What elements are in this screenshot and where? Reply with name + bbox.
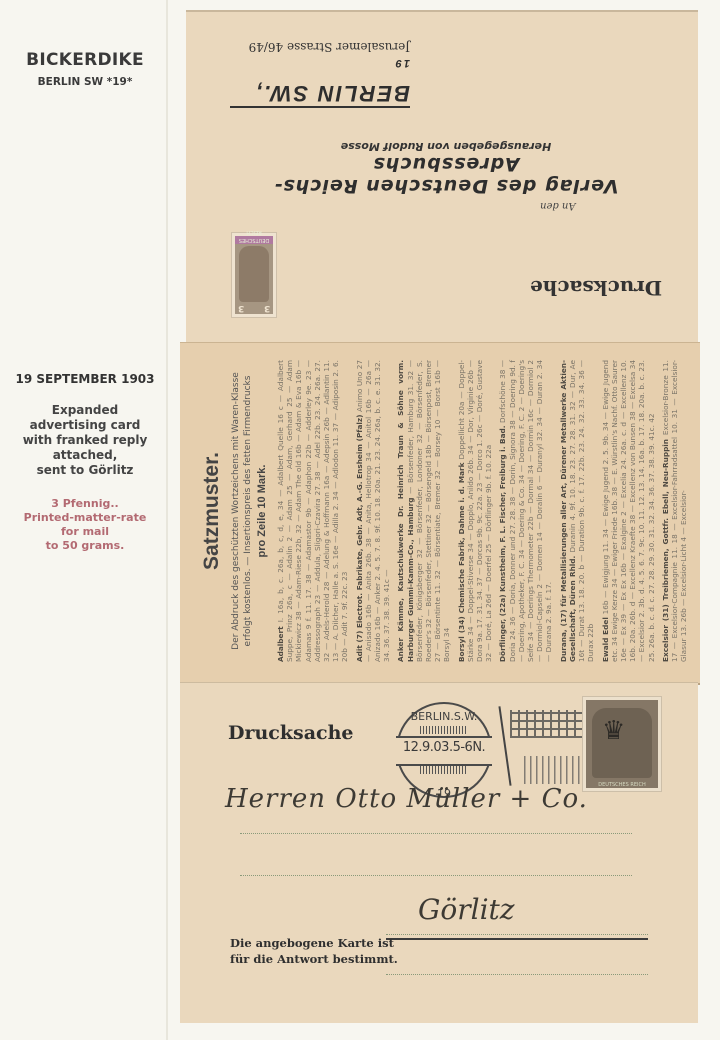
an-den-label: An den (540, 200, 576, 211)
postmark-hatch (420, 726, 468, 734)
satzmuster-entry: Adalbert I. 16a, b, c. 26a, b, c, d, e, … (276, 352, 350, 670)
satzmuster-entry: Anker Kämme, Kautschukwerke Dr. Heinrich… (396, 352, 451, 670)
reply-note-line: Die angebogene Karte ist (230, 935, 398, 951)
rate-line: to 50 grams. (0, 539, 170, 553)
album-sheet-edge (166, 0, 168, 1040)
description-line: Expanded (0, 403, 170, 418)
postage-stamp: ♛ DEUTSCHES REICH (583, 697, 661, 791)
city-handwritten: Görlitz (418, 893, 515, 926)
satzmuster-price: pro Zeile 10 Mark. (256, 352, 268, 670)
description-line: sent to Görlitz (0, 463, 170, 478)
return-address: BERLIN SW., 19 Jerusalemer Strasse 46/49 (230, 40, 410, 110)
entry-heading: Adit (7) Electrot. Fabrikate, Gebr. Adt,… (355, 412, 364, 662)
return-city-text: BERLIN SW., (254, 81, 410, 106)
address-line (240, 875, 632, 876)
reply-note: Die angebogene Karte ist für die Antwort… (230, 935, 398, 967)
publisher-name: Verlag des Deutschen Reichs-Adressbuchs (236, 153, 656, 197)
description-line: with franked reply (0, 433, 170, 448)
stamp-value: 3 (238, 303, 244, 313)
entry-heading: Excelsior (31) Treibriemen, Gottfr. Ebel… (661, 435, 670, 662)
return-city: BERLIN SW., 19 (230, 54, 410, 108)
description-line: attached, (0, 448, 170, 463)
stamp-value: 3 (264, 303, 270, 313)
postmark-date: 12.9.03.5-6N. (398, 740, 490, 755)
return-street: Jerusalemer Strasse 46/49 (230, 40, 410, 54)
reply-note-line: für die Antwort bestimmt. (230, 951, 398, 967)
postal-rate-note: 3 Pfennig.. Printed-matter-rate for mail… (0, 497, 170, 553)
postmark-city: BERLIN.S.W. (398, 710, 490, 723)
address-line (386, 934, 648, 935)
satzmuster-intro: Der Abdruck des geschützten Wortzeichens… (230, 352, 254, 670)
germania-icon (239, 246, 269, 302)
stamp-label: DEUTSCHES REICH (586, 782, 658, 788)
satzmuster-entry: Ewald Edel 16b — Ewigjung 11. 34 — Ewige… (601, 352, 656, 670)
rate-line: Printed-matter-rate (0, 511, 170, 525)
entry-text: 16b — Ewigjung 11. 34 — Ewige Jugend 2. … (601, 360, 656, 662)
postmark-hatch (420, 766, 468, 774)
city-underline (386, 938, 648, 940)
description-line: advertising card (0, 418, 170, 433)
satzmuster-entry: Borsyl (34) Chemische Fabrik, Dahme i. d… (457, 352, 494, 670)
drucksache-label: Drucksache (228, 722, 354, 744)
entry-heading: Adalbert (276, 622, 285, 662)
entry-heading: Borsyl (34) Chemische Fabrik, Dahme i. d… (457, 459, 466, 662)
recipient-handwritten: Herren Otto Müller + Co. (225, 784, 588, 814)
imprinted-stamp: DEUTSCHES REICH 3 3 (232, 233, 276, 317)
satzmuster-entry: Dörflinger, (22a) Kunstheim, F. L. Fisch… (498, 352, 553, 670)
return-district: 19 (394, 57, 410, 69)
address-line (240, 833, 632, 834)
item-description: Expanded advertising card with franked r… (0, 403, 170, 478)
satzmuster-title: Satzmuster. (200, 352, 224, 670)
entry-text: Dorfschöne 38 — Doria 24. 36 — Doria, Do… (498, 360, 553, 662)
rate-line: 3 Pfennig.. (0, 497, 170, 511)
rate-line: for mail (0, 525, 170, 539)
collector-name: BICKERDIKE (0, 50, 170, 70)
satzmuster-entry: Excelsior (31) Treibriemen, Gottfr. Ebel… (661, 352, 689, 670)
publisher-subtitle: Herausgegeben von Rudolf Mosse (236, 140, 656, 153)
entry-text: I. 16a, b, c. 26a, b, c, d, e, 34 — Adal… (276, 360, 349, 662)
album-annotation-panel: BICKERDIKE BERLIN SW *19* 19 SEPTEMBER 1… (0, 0, 170, 1040)
entry-heading: Ewald Edel (601, 614, 610, 662)
crown-cancel-icon: ♛ (602, 716, 625, 746)
collector-subtitle: BERLIN SW *19* (0, 76, 170, 88)
satzmuster-rotated: Satzmuster. Der Abdruck des geschützten … (186, 352, 696, 670)
satzmuster-panel: Satzmuster. Der Abdruck des geschützten … (186, 352, 696, 670)
address-line (386, 974, 648, 975)
stamp-banner: DEUTSCHES REICH (235, 236, 273, 244)
publisher-block: Verlag des Deutschen Reichs-Adressbuchs … (236, 140, 656, 199)
satzmuster-entry: Adit (7) Electrot. Fabrikate, Gebr. Adt,… (355, 352, 392, 670)
satzmuster-entries: Adalbert I. 16a, b, c. 26a, b, c, d, e, … (276, 352, 688, 670)
entry-heading: Dörflinger, (22a) Kunstheim, F. L. Fisch… (498, 423, 507, 662)
page-date: 19 SEPTEMBER 1903 (0, 372, 170, 386)
drucksache-label-inverted: Drucksache (530, 276, 662, 300)
satzmuster-entry: Durana, (17) für Metallisierungen aller … (559, 352, 596, 670)
